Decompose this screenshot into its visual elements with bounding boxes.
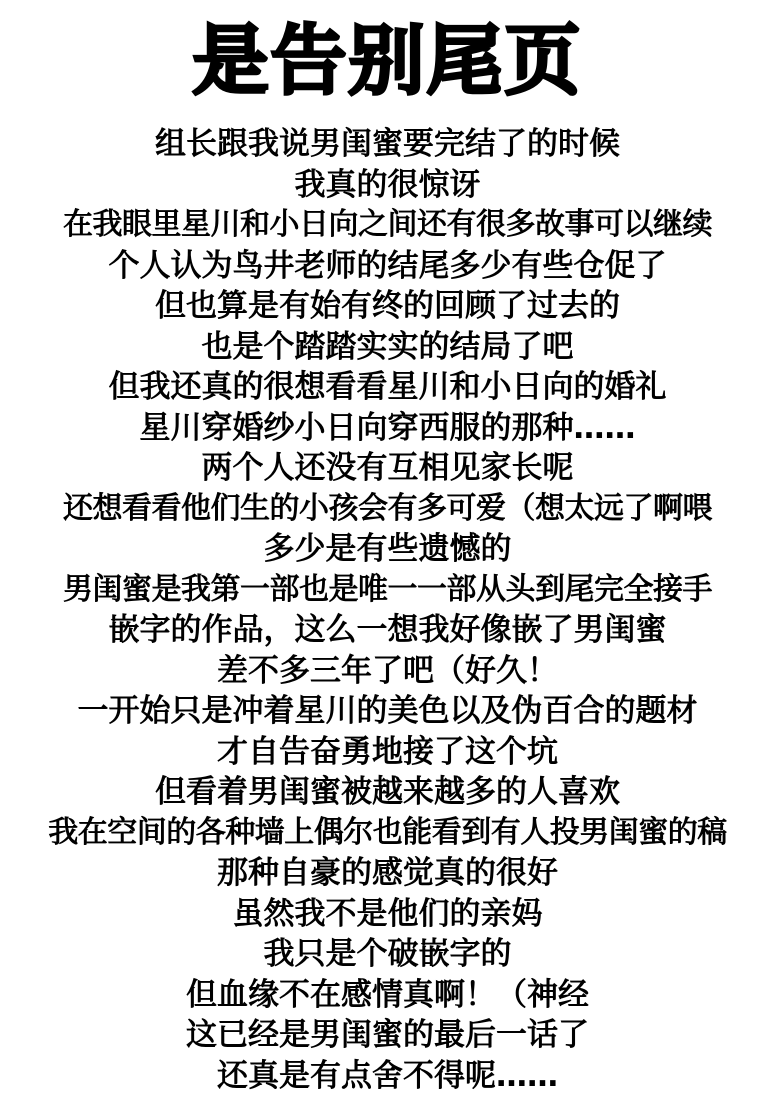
text-line: 还真是有点舍不得呢……	[0, 1056, 775, 1097]
text-line: 我真的很惊讶	[0, 165, 775, 206]
text-line: 星川穿婚纱小日向穿西服的那种……	[0, 408, 775, 449]
text-line: 但也算是有始有终的回顾了过去的	[0, 286, 775, 327]
text-line: 在我眼里星川和小日向之间还有很多故事可以继续	[0, 205, 775, 246]
text-line: 但看着男闺蜜被越来越多的人喜欢	[0, 772, 775, 813]
text-line: 我只是个破嵌字的	[0, 934, 775, 975]
text-line: 也是个踏踏实实的结局了吧	[0, 327, 775, 368]
text-line: 两个人还没有互相见家长呢	[0, 448, 775, 489]
text-line: 这已经是男闺蜜的最后一话了	[0, 1015, 775, 1056]
text-line: 但血缘不在感情真啊！（神经	[0, 975, 775, 1016]
text-line: 但我还真的很想看看星川和小日向的婚礼	[0, 367, 775, 408]
text-line: 男闺蜜是我第一部也是唯一一部从头到尾完全接手	[0, 570, 775, 611]
page-title: 是告别尾页	[0, 16, 775, 106]
afterword-page: 是告别尾页 组长跟我说男闺蜜要完结了的时候 我真的很惊讶 在我眼里星川和小日向之…	[0, 0, 775, 1100]
text-line: 一开始只是冲着星川的美色以及伪百合的题材	[0, 691, 775, 732]
text-line: 嵌字的作品，这么一想我好像嵌了男闺蜜	[0, 610, 775, 651]
text-line: 差不多三年了吧（好久！	[0, 651, 775, 692]
text-line: 才自告奋勇地接了这个坑	[0, 732, 775, 773]
text-line: 那种自豪的感觉真的很好	[0, 853, 775, 894]
text-line: 还想看看他们生的小孩会有多可爱（想太远了啊喂	[0, 489, 775, 530]
text-line: 个人认为鸟井老师的结尾多少有些仓促了	[0, 246, 775, 287]
text-line: 虽然我不是他们的亲妈	[0, 894, 775, 935]
text-line: 多少是有些遗憾的	[0, 529, 775, 570]
text-line: 我在空间的各种墙上偶尔也能看到有人投男闺蜜的稿	[0, 813, 775, 854]
text-line: 组长跟我说男闺蜜要完结了的时候	[0, 124, 775, 165]
afterword-text: 组长跟我说男闺蜜要完结了的时候 我真的很惊讶 在我眼里星川和小日向之间还有很多故…	[0, 124, 775, 1096]
